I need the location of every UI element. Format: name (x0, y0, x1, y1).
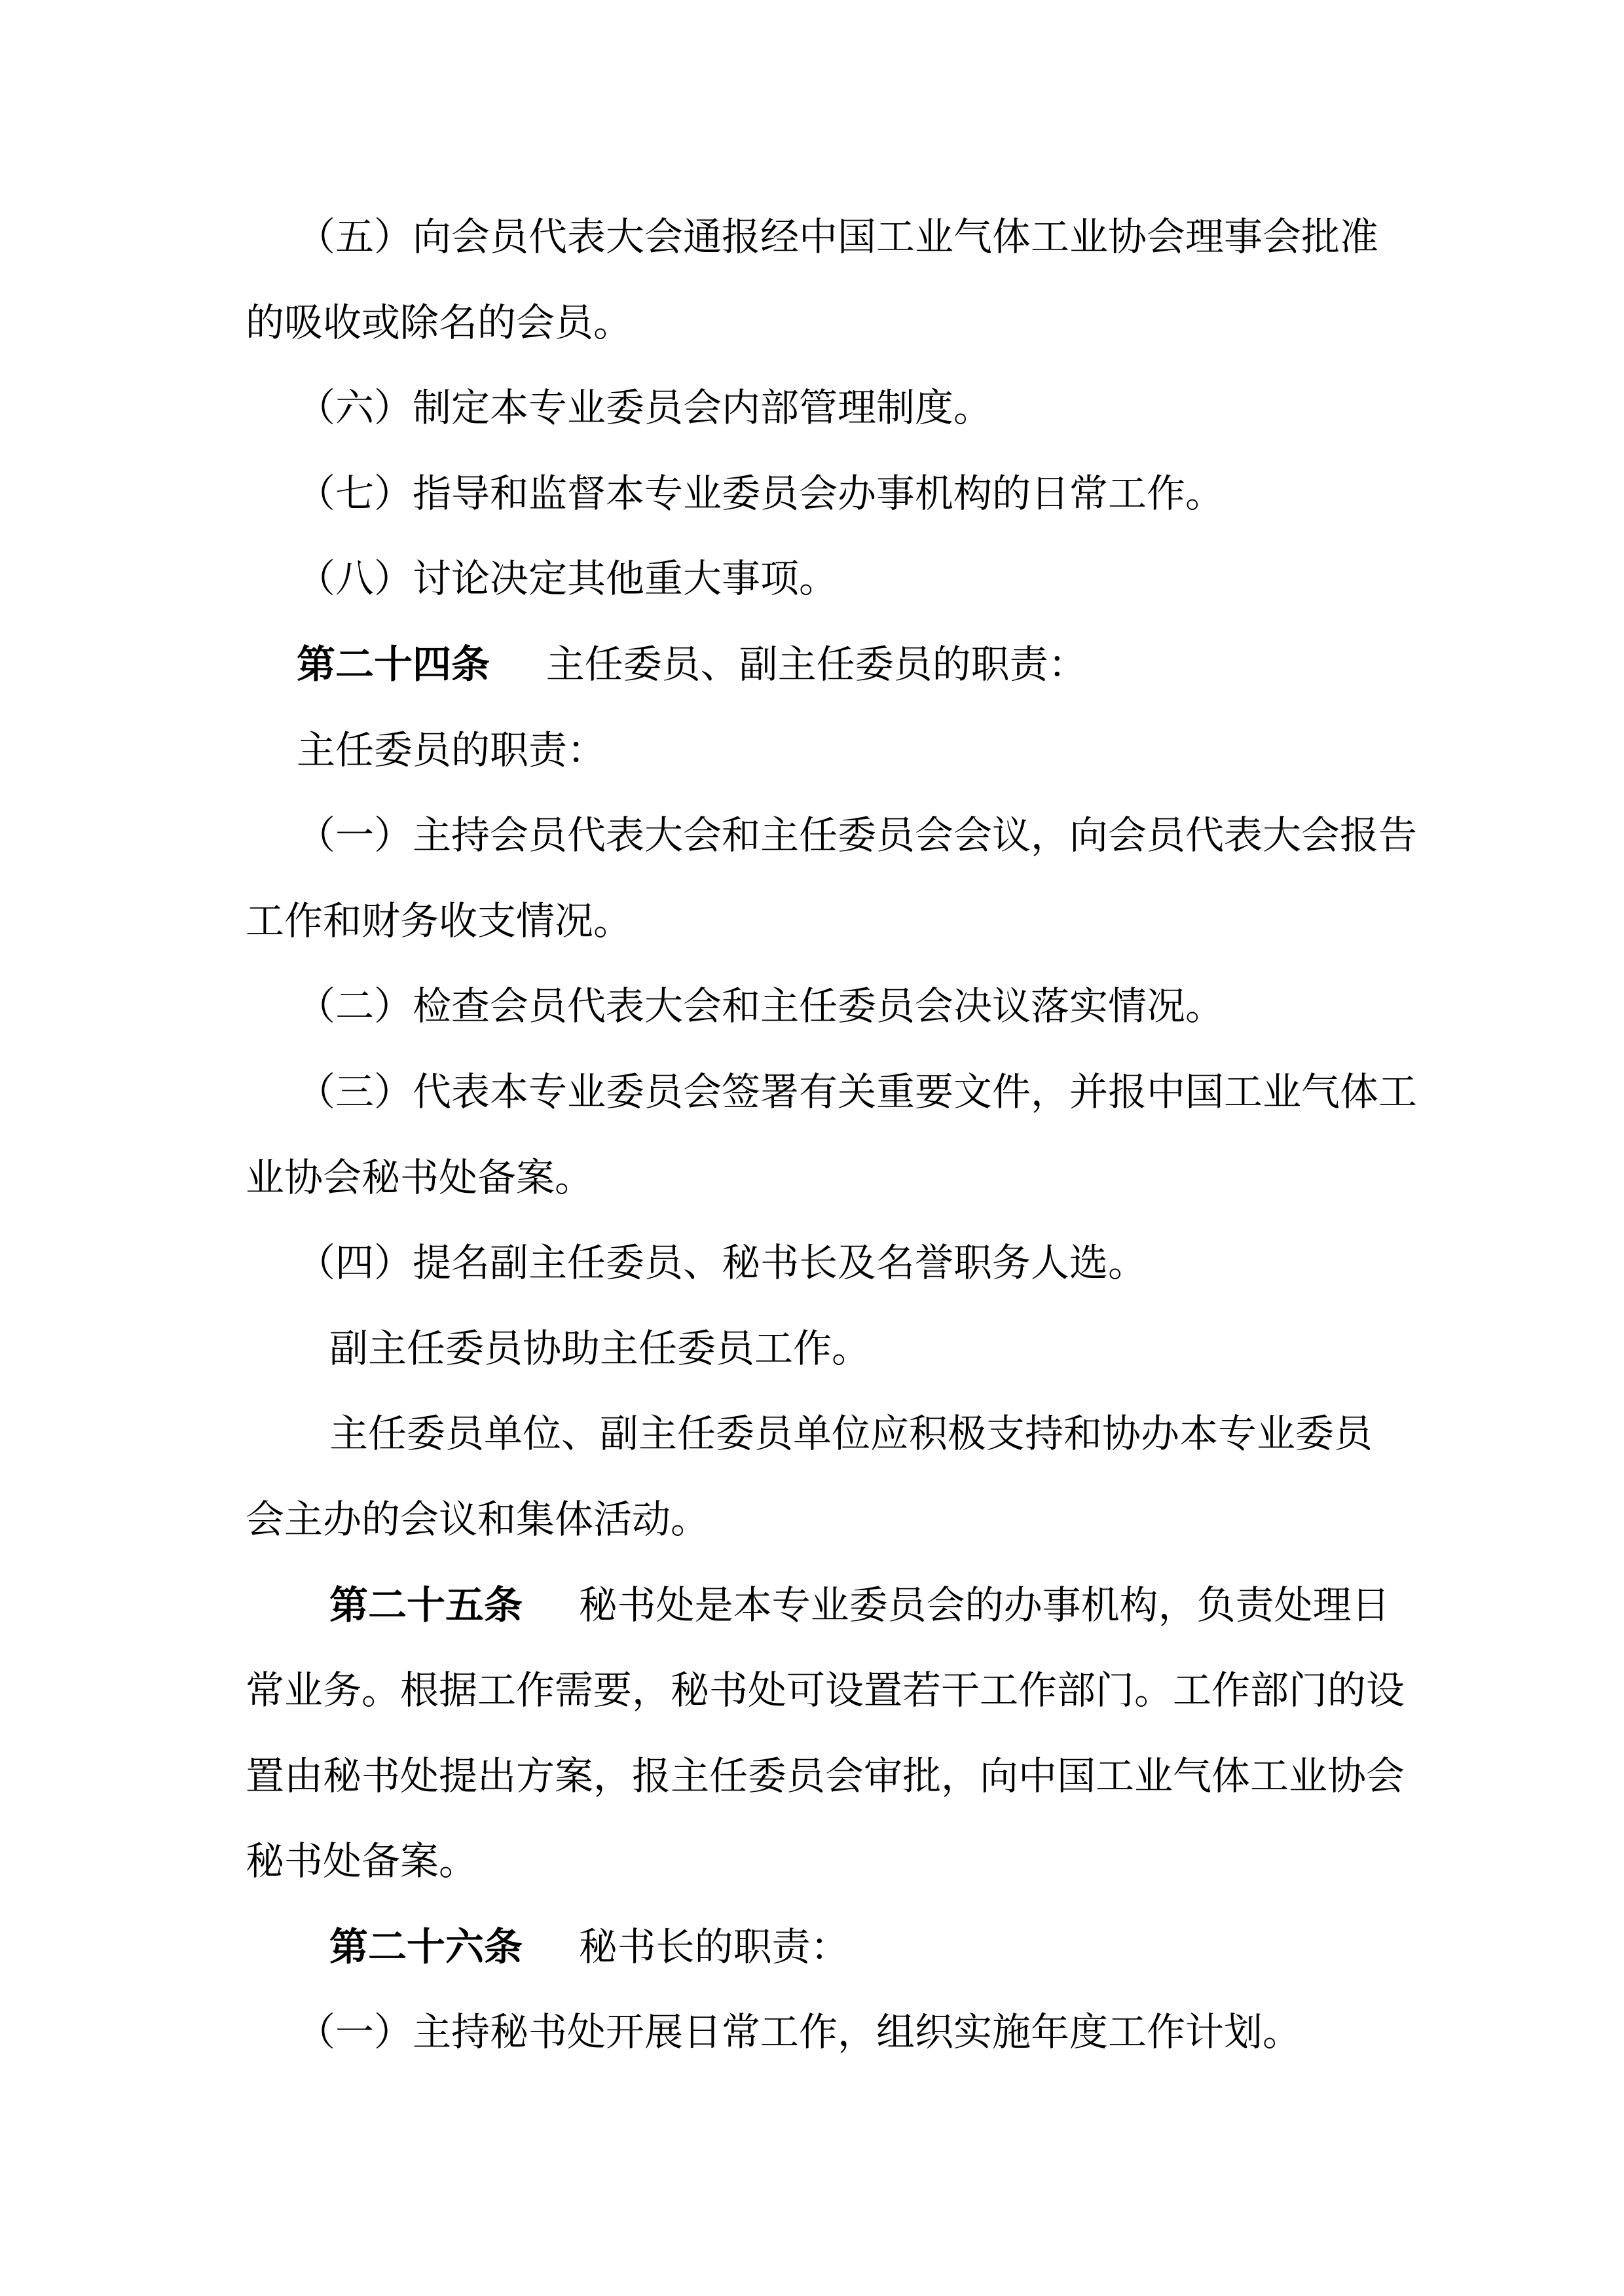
line-text: （三）代表本专业委员会签署有关重要文件，并报中国工业气体工 (297, 1070, 1417, 1114)
text-line: （八）讨论决定其他重大事项。 (246, 536, 1382, 622)
text-line: 业协会秘书处备案。 (246, 1135, 1382, 1221)
line-text: 秘书处是本专业委员会的办事机构，负责处理日 (579, 1584, 1390, 1627)
line-text: （一）主持会员代表大会和主任委员会会议，向会员代表大会报告 (297, 814, 1417, 857)
line-text: （四）提名副主任委员、秘书长及名誉职务人选。 (297, 1241, 1147, 1285)
text-line: （三）代表本专业委员会签署有关重要文件，并报中国工业气体工 (246, 1049, 1382, 1135)
line-text: （八）讨论决定其他重大事项。 (297, 557, 838, 600)
line-text: 会主办的会议和集体活动。 (246, 1498, 709, 1541)
text-line: 第二十四条主任委员、副主任委员的职责： (246, 622, 1382, 708)
text-line: （一）主持秘书处开展日常工作，组织实施年度工作计划。 (246, 1990, 1382, 2075)
text-line: 秘书处备案。 (246, 1819, 1382, 1904)
line-text: 副主任委员协助主任委员工作。 (329, 1327, 870, 1370)
line-text: 主任委员的职责： (297, 729, 606, 772)
line-text: 主任委员单位、副主任委员单位应积极支持和协办本专业委员 (329, 1412, 1373, 1455)
line-text: 置由秘书处提出方案，报主任委员会审批，向中国工业气体工业协会 (246, 1755, 1405, 1798)
text-line: 工作和财务收支情况。 (246, 879, 1382, 964)
document-text-block: （五）向会员代表大会通报经中国工业气体工业协会理事会批准的吸收或除名的会员。（六… (246, 194, 1382, 2075)
line-text: （七）指导和监督本专业委员会办事机构的日常工作。 (297, 472, 1224, 515)
line-text: （六）制定本专业委员会内部管理制度。 (297, 386, 992, 429)
text-line: 副主任委员协助主任委员工作。 (246, 1306, 1382, 1392)
article-number: 第二十五条 (329, 1584, 523, 1627)
text-line: （五）向会员代表大会通报经中国工业气体工业协会理事会批准 (246, 194, 1382, 280)
line-text: （二）检查会员代表大会和主任委员会决议落实情况。 (297, 985, 1224, 1028)
line-text: 常业务。根据工作需要，秘书处可设置若干工作部门。工作部门的设 (246, 1669, 1405, 1712)
line-text: （一）主持秘书处开展日常工作，组织实施年度工作计划。 (297, 2011, 1301, 2054)
text-line: 会主办的会议和集体活动。 (246, 1477, 1382, 1563)
text-line: 置由秘书处提出方案，报主任委员会审批，向中国工业气体工业协会 (246, 1734, 1382, 1819)
text-line: 主任委员的职责： (246, 708, 1382, 793)
text-line: 主任委员单位、副主任委员单位应积极支持和协办本专业委员 (246, 1391, 1382, 1477)
text-line: （六）制定本专业委员会内部管理制度。 (246, 365, 1382, 451)
text-line: （二）检查会员代表大会和主任委员会决议落实情况。 (246, 964, 1382, 1049)
document-page: （五）向会员代表大会通报经中国工业气体工业协会理事会批准的吸收或除名的会员。（六… (0, 0, 1624, 2296)
text-line: （七）指导和监督本专业委员会办事机构的日常工作。 (246, 451, 1382, 537)
text-line: 第二十六条秘书长的职责： (246, 1904, 1382, 1990)
text-line: 常业务。根据工作需要，秘书处可设置若干工作部门。工作部门的设 (246, 1648, 1382, 1734)
article-number: 第二十六条 (329, 1925, 523, 1969)
text-line: 第二十五条秘书处是本专业委员会的办事机构，负责处理日 (246, 1563, 1382, 1649)
article-number: 第二十四条 (297, 643, 490, 686)
line-text: 秘书处备案。 (246, 1840, 477, 1883)
line-text: 的吸收或除名的会员。 (246, 301, 632, 344)
line-text: 业协会秘书处备案。 (246, 1156, 593, 1199)
line-text: 主任委员、副主任委员的职责： (546, 643, 1087, 686)
line-text: 秘书长的职责： (579, 1925, 849, 1969)
text-line: 的吸收或除名的会员。 (246, 280, 1382, 366)
text-line: （四）提名副主任委员、秘书长及名誉职务人选。 (246, 1220, 1382, 1306)
text-line: （一）主持会员代表大会和主任委员会会议，向会员代表大会报告 (246, 793, 1382, 879)
line-text: 工作和财务收支情况。 (246, 900, 632, 943)
line-text: （五）向会员代表大会通报经中国工业气体工业协会理事会批准 (297, 215, 1378, 259)
